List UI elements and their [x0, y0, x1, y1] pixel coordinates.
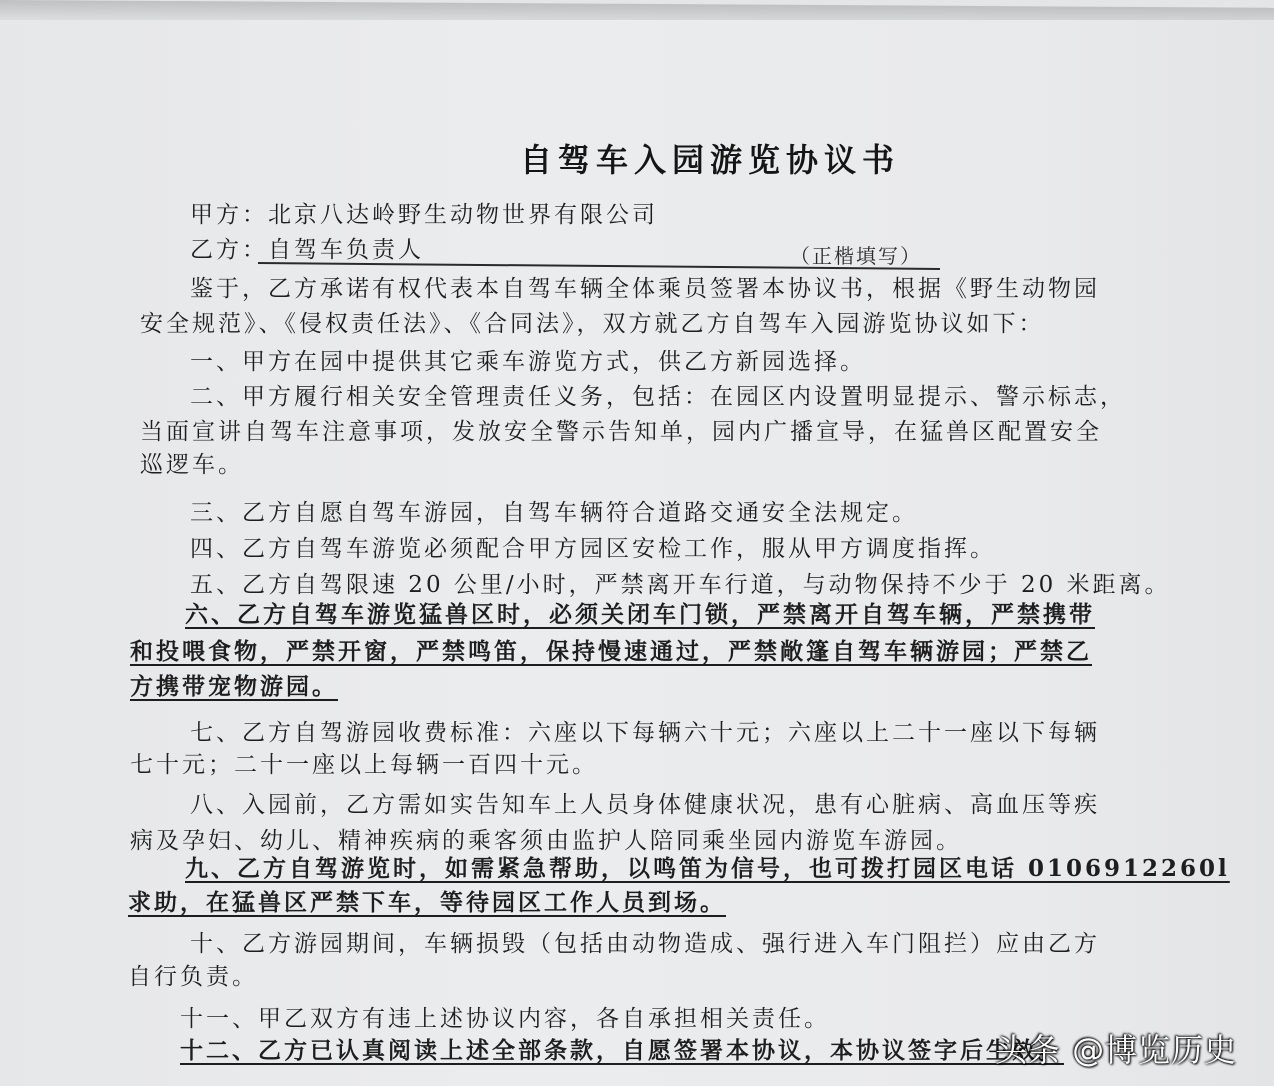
clause-8-line-1: 八、入园前，乙方需如实告知车上人员身体健康状况，患有心脏病、高血压等疾: [190, 786, 1100, 819]
clause-6-line-2: 和投喂食物，严禁开窗，严禁鸣笛，保持慢速通过，严禁敞篷自驾车辆游园；严禁乙: [130, 633, 1092, 666]
party-a-row: 甲方：北京八达岭野生动物世界有限公司: [190, 196, 658, 229]
party-a-label: 甲方：: [190, 202, 268, 228]
clause-2-line-2: 当面宣讲自驾车注意事项，发放安全警示告知单，园内广播宣导，在猛兽区配置安全: [140, 413, 1102, 446]
clause-11-line-1: 十一、甲乙双方有违上述协议内容，各自承担相关责任。: [180, 1000, 830, 1033]
clause-9-line-2: 求助，在猛兽区严禁下车，等待园区工作人员到场。: [128, 884, 726, 917]
clause-4-line-1: 四、乙方自驾车游览必须配合甲方园区安检工作，服从甲方调度指挥。: [190, 530, 996, 563]
clause-7-line-2: 七十元；二十一座以上每辆一百四十元。: [130, 746, 598, 779]
clause-10-line-1: 十、乙方游园期间，车辆损毁（包括由动物造成、强行进入车门阻拦）应由乙方: [190, 925, 1100, 958]
preamble-line-1: 鉴于，乙方承诺有权代表本自驾车辆全体乘员签署本协议书，根据《野生动物园: [190, 270, 1100, 303]
clause-10-line-2: 自行负责。: [128, 958, 258, 991]
document-title: 自驾车入园游览协议书: [520, 135, 900, 181]
clause-1-line-1: 一、甲方在园中提供其它乘车游览方式，供乙方新园选择。: [190, 343, 866, 376]
party-a-value: 北京八达岭野生动物世界有限公司: [268, 202, 658, 228]
clause-5-line-1: 五、乙方自驾限速 20 公里/小时，严禁离开车行道，与动物保持不少于 20 米距…: [190, 566, 1171, 599]
clause-12-line-1: 十二、乙方已认真阅读上述全部条款，自愿签署本协议，本协议签字后生效。: [180, 1032, 1064, 1065]
party-b-value: 自驾车负责人: [268, 237, 424, 263]
clause-2-line-1: 二、甲方履行相关安全管理责任义务，包括：在园区内设置明显提示、警示标志，: [190, 378, 1126, 411]
clause-2-line-3: 巡逻车。: [140, 446, 244, 479]
party-b-row: 乙方：自驾车负责人: [190, 231, 424, 264]
preamble-line-2: 安全规范》、《侵权责任法》、《合同法》，双方就乙方自驾车入园游览协议如下：: [140, 305, 1045, 338]
party-b-hint: （正楷填写）: [790, 240, 922, 269]
clause-7-line-1: 七、乙方自驾游园收费标准：六座以下每辆六十元；六座以上二十一座以下每辆: [190, 714, 1100, 747]
clause-6-line-3: 方携带宠物游园。: [130, 668, 338, 701]
clause-3-line-1: 三、乙方自愿自驾车游园，自驾车辆符合道路交通安全法规定。: [190, 494, 918, 527]
clause-9-line-1: 九、乙方自驾游览时，如需紧急帮助，以鸣笛为信号，也可拨打园区电话 0106912…: [185, 850, 1230, 883]
party-b-label: 乙方：: [190, 237, 268, 263]
watermark: 头条 @博览历史: [995, 1025, 1237, 1071]
clause-6-line-1: 六、乙方自驾车游览猛兽区时，必须关闭车门锁，严禁离开自驾车辆，严禁携带: [185, 596, 1095, 629]
